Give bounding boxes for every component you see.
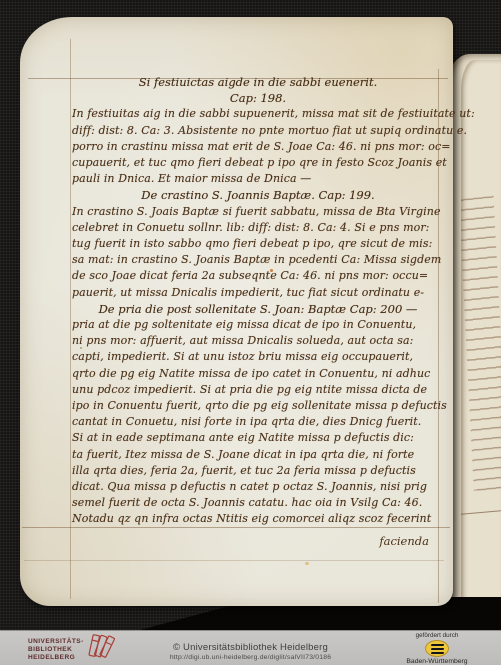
manuscript-line-body: illa qrta dies, feria 2a, fuerit, et tuc… (72, 463, 444, 479)
manuscript-line-body: pria at die pg soltenitate eig missa dic… (72, 317, 444, 333)
manuscript-line-body: tug fuerit in isto sabbo qmo fieri debea… (72, 236, 444, 252)
manuscript-line-body: pauli in Dnica. Et maior missa de Dnica … (72, 171, 444, 187)
manuscript-line-heading: De pria die post sollenitate S. Joan: Ba… (72, 301, 444, 317)
facing-page-ghost-text (461, 60, 501, 620)
manuscript-line-body: semel fuerit de octa S. Joannis catatu. … (72, 495, 444, 511)
ruled-line-left-margin (70, 39, 71, 599)
manuscript-line-body: pauerit, ut missa Dnicalis impedierit, t… (72, 285, 444, 301)
manuscript-line-body: sa mat: in crastino S. Joanis Baptæ in p… (72, 252, 444, 268)
facing-page-rule-line (461, 510, 501, 514)
manuscript-line-heading: Cap: 198. (72, 90, 444, 106)
paper-stain (305, 562, 309, 565)
ruled-line-bottom-faint (24, 560, 444, 561)
manuscript-text-block: Si festiuictas aigde in die sabbi euener… (72, 74, 444, 528)
manuscript-line-heading: Si festiuictas aigde in die sabbi euener… (72, 74, 444, 90)
screenshot-root: Si festiuictas aigde in die sabbi euener… (0, 0, 501, 665)
manuscript-line-body: unu pdcoz impedierit. Si at pria die pg … (72, 382, 444, 398)
library-footer-bar: UNIVERSITÄTS- BIBLIOTHEK HEIDELBERG © Un… (0, 630, 501, 665)
manuscript-line-body: dicat. Qua missa p defuctis n catet p oc… (72, 479, 444, 495)
manuscript-page: Si festiuictas aigde in die sabbi euener… (20, 17, 453, 606)
manuscript-line-body: porro in crastinu missa mat erit de S. J… (72, 139, 444, 155)
manuscript-line-body: qrto die pg eig Natite missa de ipo cate… (72, 366, 444, 382)
manuscript-line-heading: De crastino S. Joannis Baptæ. Cap: 199. (72, 187, 444, 203)
funding-block: gefördert durch Baden-Württemberg (395, 632, 479, 665)
manuscript-line-body: In crastino S. Joais Baptæ si fuerit sab… (72, 204, 444, 220)
manuscript-line-body: diff: dist: 8. Ca: 3. Absistente no pnte… (72, 123, 444, 139)
coat-of-arms-icon (425, 640, 449, 657)
manuscript-line-body: Notadu qz qn infra octas Ntitis eig como… (72, 511, 444, 527)
manuscript-line-body: de sco Joae dicat feria 2a subseqnte Ca:… (72, 268, 444, 284)
funding-name: Baden-Württemberg (395, 658, 479, 665)
book-photo-background: Si festiuictas aigde in die sabbi euener… (0, 0, 501, 630)
manuscript-line-body: Si at in eade septimana ante eig Natite … (72, 430, 444, 446)
manuscript-line-body: celebret in Conuetu sollnr. lib: diff: d… (72, 220, 444, 236)
catchword: facienda (379, 534, 429, 548)
manuscript-line-body: ni pns mor: affuerit, aut missa Dnicalis… (72, 333, 444, 349)
manuscript-line-body: capti, impedierit. Si at unu istoz briu … (72, 349, 444, 365)
manuscript-line-body: ta fuerit, Itez missa de S. Joane dicat … (72, 447, 444, 463)
funding-label: gefördert durch (395, 632, 479, 639)
manuscript-line-body: ipo in Conuentu fuerit, qrto die pg eig … (72, 398, 444, 414)
manuscript-line-body: In festiuitas aig in die sabbi supueneri… (72, 106, 444, 122)
manuscript-line-body: cupauerit, et tuc qmo fieri debeat p ipo… (72, 155, 444, 171)
manuscript-line-body: cantat in Conuetu, nisi forte in ipa qrt… (72, 414, 444, 430)
